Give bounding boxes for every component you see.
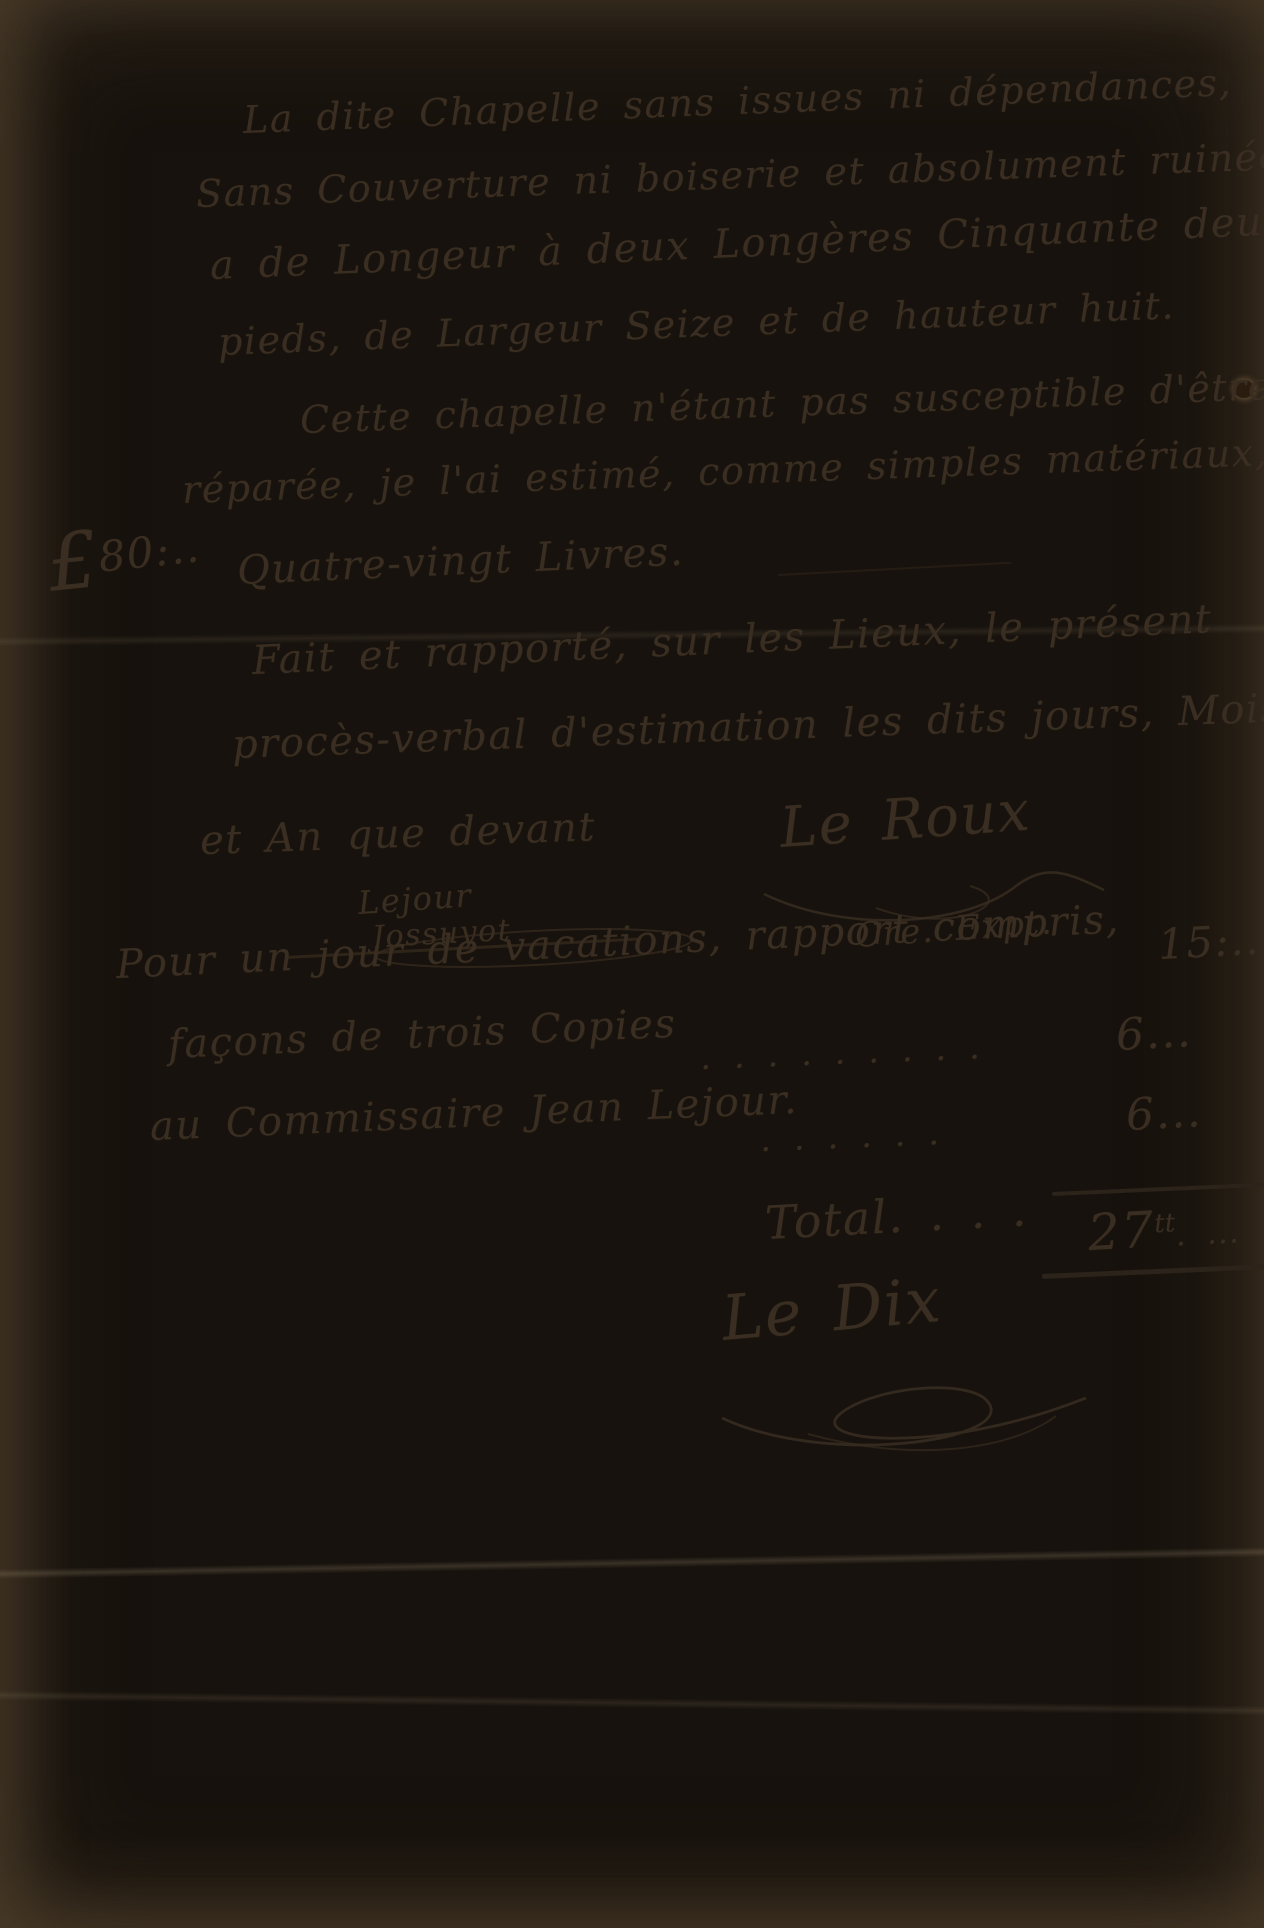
manuscript-page: La dite Chapelle sans issues ni dépendan…: [0, 0, 1264, 1928]
livre-symbol: £: [43, 515, 103, 610]
manuscript-line: La dite Chapelle sans issues ni dépendan…: [242, 60, 1233, 142]
fee-label: Pour un jour de vacations, rapport compr…: [115, 896, 1121, 988]
fee-label: au Commissaire Jean Lejour.: [149, 1077, 799, 1150]
fee-value: 15:..: [1157, 915, 1261, 969]
margin-amount: 80:..: [96, 522, 202, 581]
manuscript-line: pieds, de Largeur Seize et de hauteur hu…: [217, 283, 1175, 364]
signature-flourish: [688, 1356, 1128, 1476]
total-value: 27tt. ...: [1086, 1196, 1241, 1262]
manuscript-line: Cette chapelle n'étant pas susceptible d…: [299, 364, 1264, 442]
manuscript-line: réparée, je l'ai estimé, comme simples m…: [181, 430, 1264, 512]
manuscript-line: Quatre-vingt Livres.: [236, 529, 685, 594]
total-amount-sup: tt: [1153, 1208, 1175, 1239]
manuscript-line: et An que devant: [199, 804, 597, 864]
paper-crease: [0, 1690, 1264, 1715]
total-amount: 27: [1086, 1201, 1156, 1262]
dot-leader: . . . . . .: [759, 1113, 941, 1160]
dash-flourish: [778, 562, 1012, 576]
fee-value: 6...: [1125, 1086, 1204, 1141]
signature-expert: Le Roux: [778, 779, 1033, 861]
fee-value: 6...: [1115, 1006, 1194, 1061]
dot-leader: . . . . . . . . .: [699, 1027, 982, 1078]
manuscript-line: a de Longeur à deux Longères Cinquante d…: [209, 198, 1264, 289]
signature-closing: Le Dix: [719, 1263, 945, 1355]
margin-amount-note: £80:..: [43, 504, 205, 609]
total-amount-tail: . ...: [1175, 1215, 1241, 1253]
manuscript-line: procès-verbal d'estimation les dits jour…: [231, 685, 1264, 768]
fee-label: façons de trois Copies: [167, 1001, 677, 1068]
manuscript-line: Sans Couverture ni boiserie et absolumen…: [195, 134, 1264, 216]
manuscript-line: Fait et rapporté, sur les Lieux, le prés…: [251, 596, 1213, 684]
total-rule-bottom: [1042, 1264, 1264, 1279]
paper-crease: [0, 1547, 1264, 1579]
total-label: Total. . . .: [764, 1182, 1029, 1250]
total-rule-top: [1052, 1183, 1264, 1196]
